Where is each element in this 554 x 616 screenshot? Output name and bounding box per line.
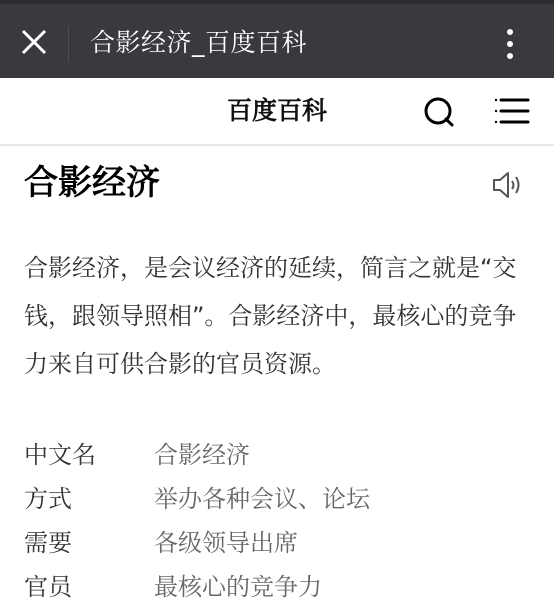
page-title: 合影经济_百度百科 bbox=[90, 24, 307, 62]
speaker-icon bbox=[490, 168, 526, 202]
menu-list-icon bbox=[494, 96, 532, 126]
browser-top-bar: 合影经济_百度百科 bbox=[0, 0, 554, 78]
topbar-divider bbox=[68, 26, 69, 62]
close-button[interactable] bbox=[18, 26, 50, 58]
site-nav-bar: 百度百科 bbox=[0, 78, 554, 146]
menu-button[interactable] bbox=[494, 96, 532, 126]
brand-logo-text[interactable]: 百度百科 bbox=[0, 93, 554, 129]
article-summary: 合影经济，是会议经济的延续，简言之就是“交钱，跟领导照相”。合影经济中，最核心的… bbox=[24, 244, 534, 388]
info-value: 最核心的竞争力 bbox=[154, 567, 322, 602]
info-row: 需要 各级领导出席 bbox=[24, 518, 534, 562]
search-button[interactable] bbox=[420, 92, 460, 132]
info-value: 合影经济 bbox=[154, 435, 250, 470]
article-title: 合影经济 bbox=[24, 160, 160, 206]
info-key: 需要 bbox=[24, 523, 154, 558]
more-vertical-icon bbox=[498, 26, 522, 62]
info-row: 中文名 合影经济 bbox=[24, 430, 534, 474]
search-icon bbox=[420, 92, 460, 132]
info-row: 官员 最核心的竞争力 bbox=[24, 562, 534, 606]
info-value: 举办各种会议、论坛 bbox=[154, 479, 370, 514]
info-row: 方式 举办各种会议、论坛 bbox=[24, 474, 534, 518]
info-key: 中文名 bbox=[24, 435, 154, 470]
info-key: 方式 bbox=[24, 479, 154, 514]
info-value: 各级领导出席 bbox=[154, 523, 298, 558]
audio-play-button[interactable] bbox=[490, 168, 526, 202]
more-options-button[interactable] bbox=[498, 26, 522, 62]
basic-info-box: 中文名 合影经济 方式 举办各种会议、论坛 需要 各级领导出席 官员 最核心的竞… bbox=[24, 430, 534, 606]
close-icon bbox=[18, 26, 50, 58]
info-key: 官员 bbox=[24, 567, 154, 602]
